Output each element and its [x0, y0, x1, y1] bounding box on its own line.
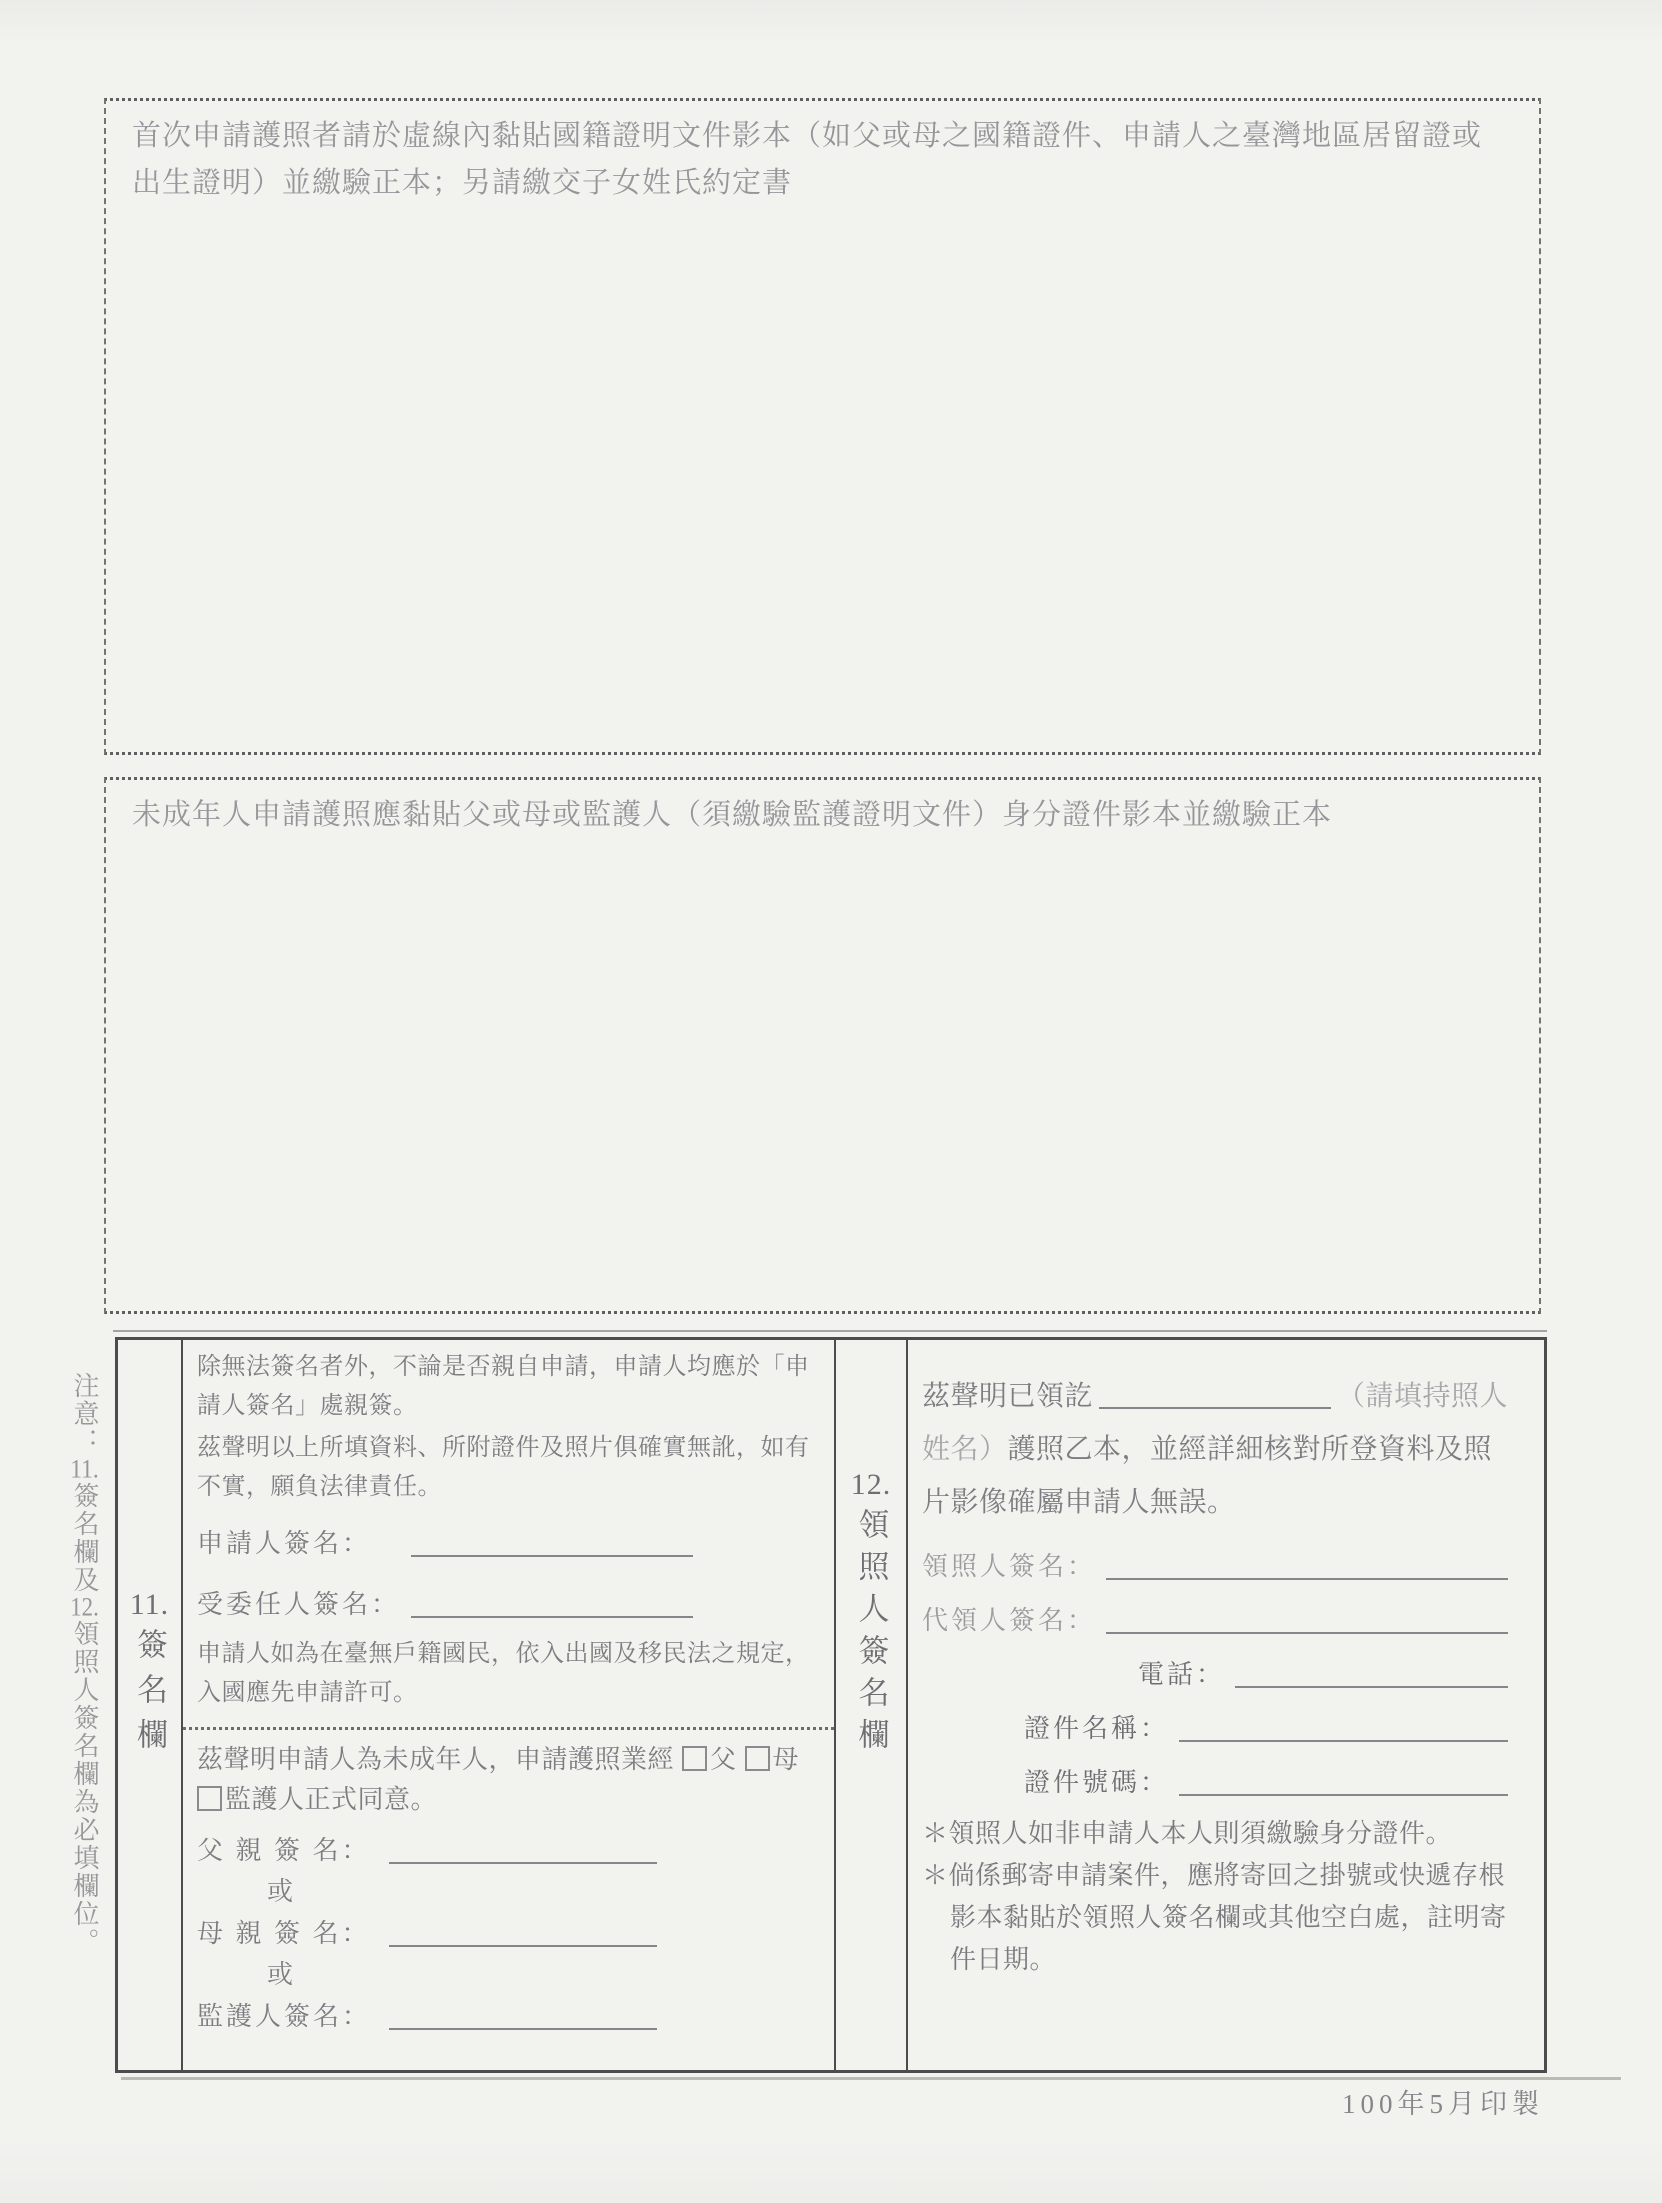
identity-verification-note: ＊領照人如非申請人本人則須繳驗身分證件。: [922, 1813, 1514, 1855]
recipient-signature-label: 領照人簽名：: [922, 1546, 1096, 1583]
father-signature-label: 父 親 簽 名：: [197, 1830, 389, 1867]
father-signature-row: 父 親 簽 名：: [197, 1830, 828, 1867]
mother-signature-label: 母 親 簽 名：: [197, 1913, 389, 1950]
proxy-signature-line[interactable]: [1106, 1600, 1508, 1634]
holder-name-hint-line1: （請填持照人: [1337, 1381, 1508, 1412]
proxy-signature-label: 代領人簽名：: [922, 1600, 1096, 1637]
nationality-paste-instruction: 首次申請護照者請於虛線內黏貼國籍證明文件影本（如父或母之國籍證件、申請人之臺灣地…: [132, 113, 1499, 207]
margin-note: 注意：11.簽名欄及12.領照人簽名欄為必填欄位。: [66, 1372, 103, 2012]
margin-note-number-11: 11.: [70, 1456, 99, 1482]
section12-number: 12.: [851, 1468, 892, 1502]
delegate-signature-line[interactable]: [411, 1584, 693, 1618]
section11-content-cell: 除無法簽名者外，不論是否親自申請，申請人均應於「申請人簽名」處親簽。 茲聲明以上…: [183, 1340, 836, 2070]
father-checkbox-label: 父: [710, 1745, 737, 1774]
section11-label-cell: 11. 簽名欄: [118, 1340, 183, 2070]
margin-note-suffix: 領照人簽名欄為必填欄位。: [70, 1620, 99, 1956]
section12-label-cell: 12. 領照人簽名欄: [836, 1340, 908, 2070]
passport-application-form-back-page: 首次申請護照者請於虛線內黏貼國籍證明文件影本（如父或母之國籍證件、申請人之臺灣地…: [0, 0, 1662, 2203]
sign-requirement-paragraph: 除無法簽名者外，不論是否親自申請，申請人均應於「申請人簽名」處親簽。: [197, 1348, 828, 1426]
nationality-document-paste-area: 首次申請護照者請於虛線內黏貼國籍證明文件影本（如父或母之國籍證件、申請人之臺灣地…: [104, 98, 1541, 755]
margin-note-prefix: 注意：: [70, 1372, 99, 1456]
minor-consent-prefix: 茲聲明申請人為未成年人，申請護照業經: [197, 1745, 674, 1774]
section11-number: 11.: [130, 1588, 169, 1622]
no-household-paragraph: 申請人如為在臺無戶籍國民，依入出國及移民法之規定，入國應先申請許可。: [197, 1635, 828, 1713]
delegate-signature-label: 受委任人簽名：: [197, 1584, 411, 1621]
print-date: 100年5月印製: [1342, 2082, 1544, 2121]
proxy-signature-row: 代領人簽名：: [922, 1600, 1514, 1637]
father-signature-line[interactable]: [389, 1830, 657, 1864]
delegate-signature-row: 受委任人簽名：: [197, 1584, 828, 1621]
receipt-declaration-prefix: 茲聲明已領訖: [922, 1381, 1093, 1412]
minor-consent-declaration: 茲聲明申請人為未成年人，申請護照業經父母監護人正式同意。: [197, 1740, 828, 1820]
phone-row: 電話：: [922, 1654, 1514, 1691]
id-document-number-row: 證件號碼：: [922, 1762, 1514, 1799]
margin-note-number-12: 12.: [70, 1594, 99, 1620]
id-document-name-row: 證件名稱：: [922, 1708, 1514, 1745]
section12-content-cell: 茲聲明已領訖（請填持照人姓名）護照乙本，並經詳細核對所登資料及照片影像確屬申請人…: [908, 1340, 1544, 2070]
section12-title: 領照人簽名欄: [849, 1508, 894, 1760]
father-checkbox[interactable]: [682, 1746, 707, 1771]
guardian-checkbox[interactable]: [197, 1786, 222, 1811]
mail-application-note: ＊倘係郵寄申請案件，應將寄回之掛號或快遞存根影本黏貼於領照人簽名欄或其他空白處，…: [922, 1855, 1514, 1981]
or-text-1: 或: [197, 1873, 828, 1911]
applicant-signature-line[interactable]: [411, 1523, 693, 1557]
id-document-number-line[interactable]: [1179, 1762, 1508, 1796]
recipient-signature-line[interactable]: [1106, 1546, 1508, 1580]
phone-label: 電話：: [1138, 1654, 1225, 1691]
margin-note-mid: 簽名欄及: [70, 1482, 99, 1594]
guardian-checkbox-label: 監護人: [225, 1785, 305, 1814]
table-top-shadow-line: [113, 1330, 1547, 1332]
mother-signature-line[interactable]: [389, 1913, 657, 1947]
mother-checkbox[interactable]: [745, 1746, 770, 1771]
guardian-signature-label: 監護人簽名：: [197, 1996, 389, 2033]
guardian-signature-row: 監護人簽名：: [197, 1996, 828, 2033]
id-document-name-label: 證件名稱：: [1024, 1708, 1169, 1745]
applicant-signature-row: 申請人簽名：: [197, 1523, 828, 1560]
or-text-2: 或: [197, 1956, 828, 1994]
applicant-signature-label: 申請人簽名：: [197, 1523, 411, 1560]
truth-declaration-paragraph: 茲聲明以上所填資料、所附證件及照片俱確實無訛，如有不實，願負法律責任。: [197, 1429, 828, 1507]
minor-consent-suffix: 正式同意。: [305, 1785, 438, 1814]
signature-table: 11. 簽名欄 除無法簽名者外，不論是否親自申請，申請人均應於「申請人簽名」處親…: [115, 1337, 1547, 2073]
passport-holder-name-line[interactable]: [1099, 1379, 1331, 1409]
mother-signature-row: 母 親 簽 名：: [197, 1913, 828, 1950]
receipt-declaration-suffix: 護照乙本，並經詳細核對所登資料及照片影像確屬申請人無誤。: [922, 1434, 1492, 1518]
guardian-signature-line[interactable]: [389, 1996, 657, 2030]
holder-name-hint-line2: 姓名）: [922, 1434, 1008, 1465]
phone-line[interactable]: [1235, 1654, 1508, 1688]
guardian-paste-instruction: 未成年人申請護照應黏貼父或母或監護人（須繳驗監護證明文件）身分證件影本並繳驗正本: [132, 792, 1499, 839]
table-bottom-shadow-line: [121, 2077, 1621, 2080]
passport-receipt-declaration: 茲聲明已領訖（請填持照人姓名）護照乙本，並經詳細核對所登資料及照片影像確屬申請人…: [922, 1370, 1514, 1529]
mother-checkbox-label: 母: [773, 1745, 800, 1774]
guardian-id-paste-area: 未成年人申請護照應黏貼父或母或監護人（須繳驗監護證明文件）身分證件影本並繳驗正本: [104, 777, 1541, 1314]
section11-inner-divider: [183, 1727, 834, 1730]
recipient-signature-row: 領照人簽名：: [922, 1546, 1514, 1583]
id-document-number-label: 證件號碼：: [1024, 1762, 1169, 1799]
id-document-name-line[interactable]: [1179, 1708, 1508, 1742]
section11-title: 簽名欄: [127, 1628, 172, 1763]
